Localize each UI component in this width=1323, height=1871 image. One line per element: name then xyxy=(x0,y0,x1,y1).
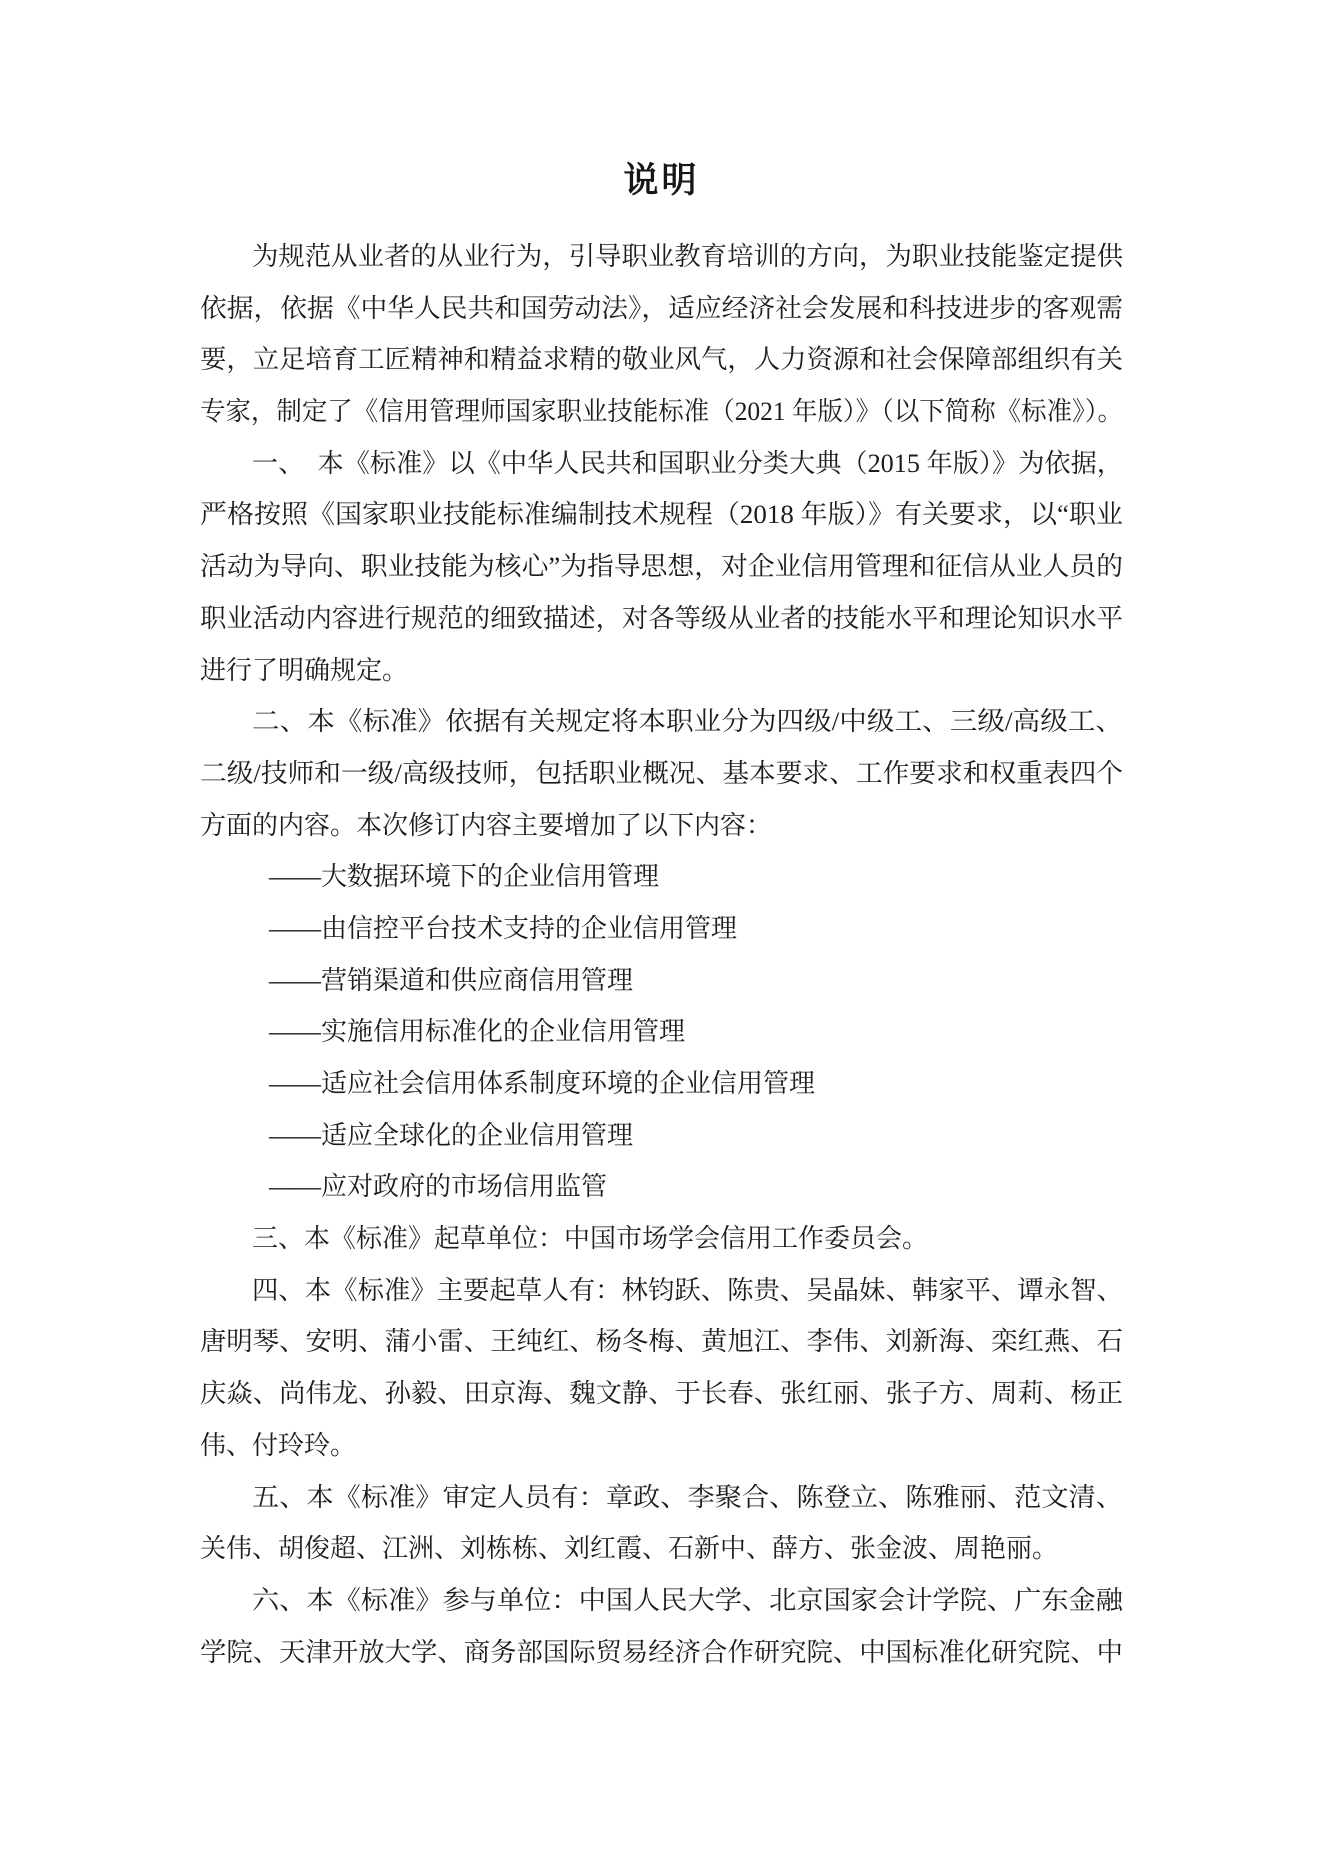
text-line: ——大数据环境下的企业信用管理 xyxy=(200,851,1123,903)
text-line: 要，立足培育工匠精神和精益求精的敬业风气，人力资源和社会保障部组织有关 xyxy=(200,334,1123,386)
page-title: 说明 xyxy=(0,0,1323,206)
text-line: 职业活动内容进行规范的细致描述，对各等级从业者的技能水平和理论知识水平 xyxy=(200,593,1123,645)
text-line: 三、本《标准》起草单位：中国市场学会信用工作委员会。 xyxy=(200,1213,1123,1265)
text-line: 严格按照《国家职业技能标准编制技术规程（2018 年版）》有关要求，以“职业 xyxy=(200,489,1123,541)
text-line: ——适应社会信用体系制度环境的企业信用管理 xyxy=(200,1058,1123,1110)
text-line: 二级/技师和一级/高级技师，包括职业概况、基本要求、工作要求和权重表四个 xyxy=(200,748,1123,800)
text-line: 五、本《标准》审定人员有：章政、李聚合、陈登立、陈雅丽、范文清、 xyxy=(200,1472,1123,1524)
text-line: ——应对政府的市场信用监管 xyxy=(200,1161,1123,1213)
text-line: 伟、付玲玲。 xyxy=(200,1420,1123,1472)
text-line: 关伟、胡俊超、江洲、刘栋栋、刘红霞、石新中、薛方、张金波、周艳丽。 xyxy=(200,1523,1123,1575)
text-line: 二、本《标准》依据有关规定将本职业分为四级/中级工、三级/高级工、 xyxy=(200,696,1123,748)
text-line: 专家，制定了《信用管理师国家职业技能标准（2021 年版）》（以下简称《标准》）… xyxy=(200,386,1123,438)
text-line: 为规范从业者的从业行为，引导职业教育培训的方向，为职业技能鉴定提供 xyxy=(200,231,1123,283)
text-line: 进行了明确规定。 xyxy=(200,645,1123,697)
text-line: 活动为导向、职业技能为核心”为指导思想，对企业信用管理和征信从业人员的 xyxy=(200,541,1123,593)
text-line: 方面的内容。本次修订内容主要增加了以下内容： xyxy=(200,800,1123,852)
text-line: 学院、天津开放大学、商务部国际贸易经济合作研究院、中国标准化研究院、中 xyxy=(200,1627,1123,1679)
text-line: 依据，依据《中华人民共和国劳动法》，适应经济社会发展和科技进步的客观需 xyxy=(200,283,1123,335)
text-line: 唐明琴、安明、蒲小雷、王纯红、杨冬梅、黄旭江、李伟、刘新海、栾红燕、石 xyxy=(200,1316,1123,1368)
text-line: ——由信控平台技术支持的企业信用管理 xyxy=(200,903,1123,955)
text-line: 四、本《标准》主要起草人有：林钧跃、陈贵、吴晶妹、韩家平、谭永智、 xyxy=(200,1265,1123,1317)
text-line: ——营销渠道和供应商信用管理 xyxy=(200,955,1123,1007)
text-line: 六、本《标准》参与单位：中国人民大学、北京国家会计学院、广东金融 xyxy=(200,1575,1123,1627)
text-line: ——实施信用标准化的企业信用管理 xyxy=(200,1006,1123,1058)
text-line: ——适应全球化的企业信用管理 xyxy=(200,1110,1123,1162)
document-page: 说明 为规范从业者的从业行为，引导职业教育培训的方向，为职业技能鉴定提供依据，依… xyxy=(0,0,1323,1871)
text-line: 庆焱、尚伟龙、孙毅、田京海、魏文静、于长春、张红丽、张子方、周莉、杨正 xyxy=(200,1368,1123,1420)
document-body: 为规范从业者的从业行为，引导职业教育培训的方向，为职业技能鉴定提供依据，依据《中… xyxy=(200,231,1123,1678)
text-line: 一、 本《标准》以《中华人民共和国职业分类大典（2015 年版）》为依据， xyxy=(200,438,1123,490)
